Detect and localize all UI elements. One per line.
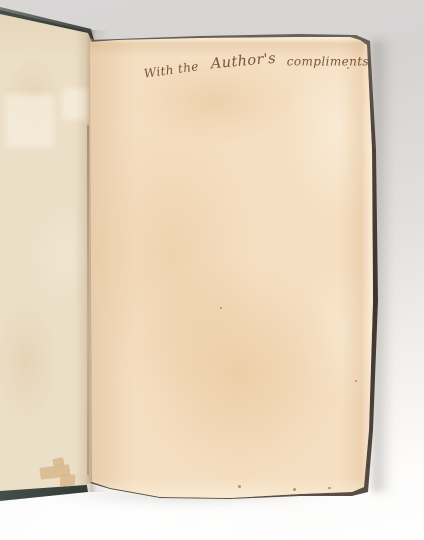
- foxing-speck: [355, 380, 357, 382]
- foxing-speck: [347, 67, 349, 69]
- foxing-speck: [220, 307, 222, 309]
- gutter-crease-line: [87, 125, 89, 475]
- foxing-speck: [238, 485, 241, 488]
- pastedown-light-patch: [6, 94, 54, 148]
- handwritten-inscription: With the Author's compliments.: [143, 46, 374, 86]
- foxing-speck: [293, 488, 296, 491]
- foxing-speck: [328, 487, 331, 489]
- inscription-word: compliments.: [287, 54, 374, 68]
- photo-background: With the Author's compliments.: [0, 0, 424, 540]
- right-free-endpaper: With the Author's compliments.: [88, 33, 376, 500]
- inscription-word: Author's: [210, 51, 276, 73]
- inscription-word: With the: [143, 59, 200, 81]
